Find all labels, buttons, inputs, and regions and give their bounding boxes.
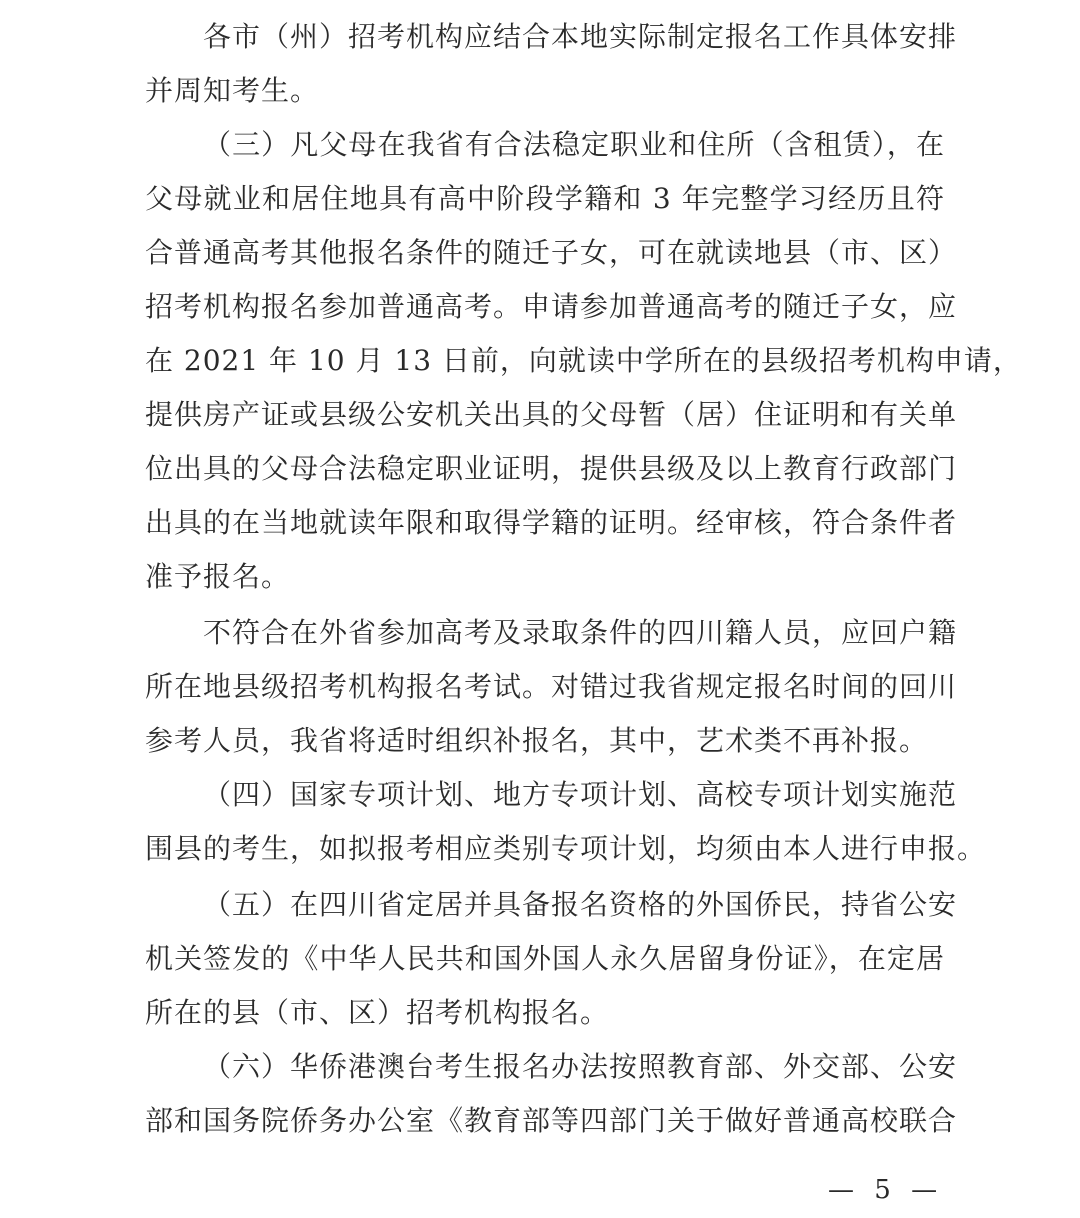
text-line: 位出具的父母合法稳定职业证明，提供县级及以上教育行政部门 <box>145 442 945 496</box>
text-line: 准予报名。 <box>145 550 945 604</box>
text-line: （六）华侨港澳台考生报名办法按照教育部、外交部、公安 <box>145 1040 945 1094</box>
text-line: 父母就业和居住地具有高中阶段学籍和 3 年完整学习经历且符 <box>145 172 945 226</box>
text-line: 提供房产证或县级公安机关出具的父母暂（居）住证明和有关单 <box>145 388 945 442</box>
text-line: 参考人员，我省将适时组织补报名，其中，艺术类不再补报。 <box>145 714 945 768</box>
text-line: （五）在四川省定居并具备报名资格的外国侨民，持省公安 <box>145 878 945 932</box>
text-line: 部和国务院侨务办公室《教育部等四部门关于做好普通高校联合 <box>145 1094 945 1148</box>
text-line: （四）国家专项计划、地方专项计划、高校专项计划实施范 <box>145 768 945 822</box>
text-line: 招考机构报名参加普通高考。申请参加普通高考的随迁子女，应 <box>145 280 945 334</box>
text-line: 围县的考生，如拟报考相应类别专项计划，均须由本人进行申报。 <box>145 822 945 876</box>
page-number: — 5 — <box>828 1172 943 1208</box>
text-line: 合普通高考其他报名条件的随迁子女，可在就读地县（市、区） <box>145 226 945 280</box>
text-line: （三）凡父母在我省有合法稳定职业和住所（含租赁），在 <box>145 118 945 172</box>
text-line: 在 2021 年 10 月 13 日前，向就读中学所在的县级招考机构申请， <box>145 334 945 388</box>
text-line: 不符合在外省参加高考及录取条件的四川籍人员，应回户籍 <box>145 606 945 660</box>
text-line: 出具的在当地就读年限和取得学籍的证明。经审核，符合条件者 <box>145 496 945 550</box>
text-line: 各市（州）招考机构应结合本地实际制定报名工作具体安排 <box>145 10 945 64</box>
text-line: 所在地县级招考机构报名考试。对错过我省规定报名时间的回川 <box>145 660 945 714</box>
text-line: 所在的县（市、区）招考机构报名。 <box>145 986 945 1040</box>
text-line: 机关签发的《中华人民共和国外国人永久居留身份证》，在定居 <box>145 932 945 986</box>
text-line: 并周知考生。 <box>145 64 945 118</box>
